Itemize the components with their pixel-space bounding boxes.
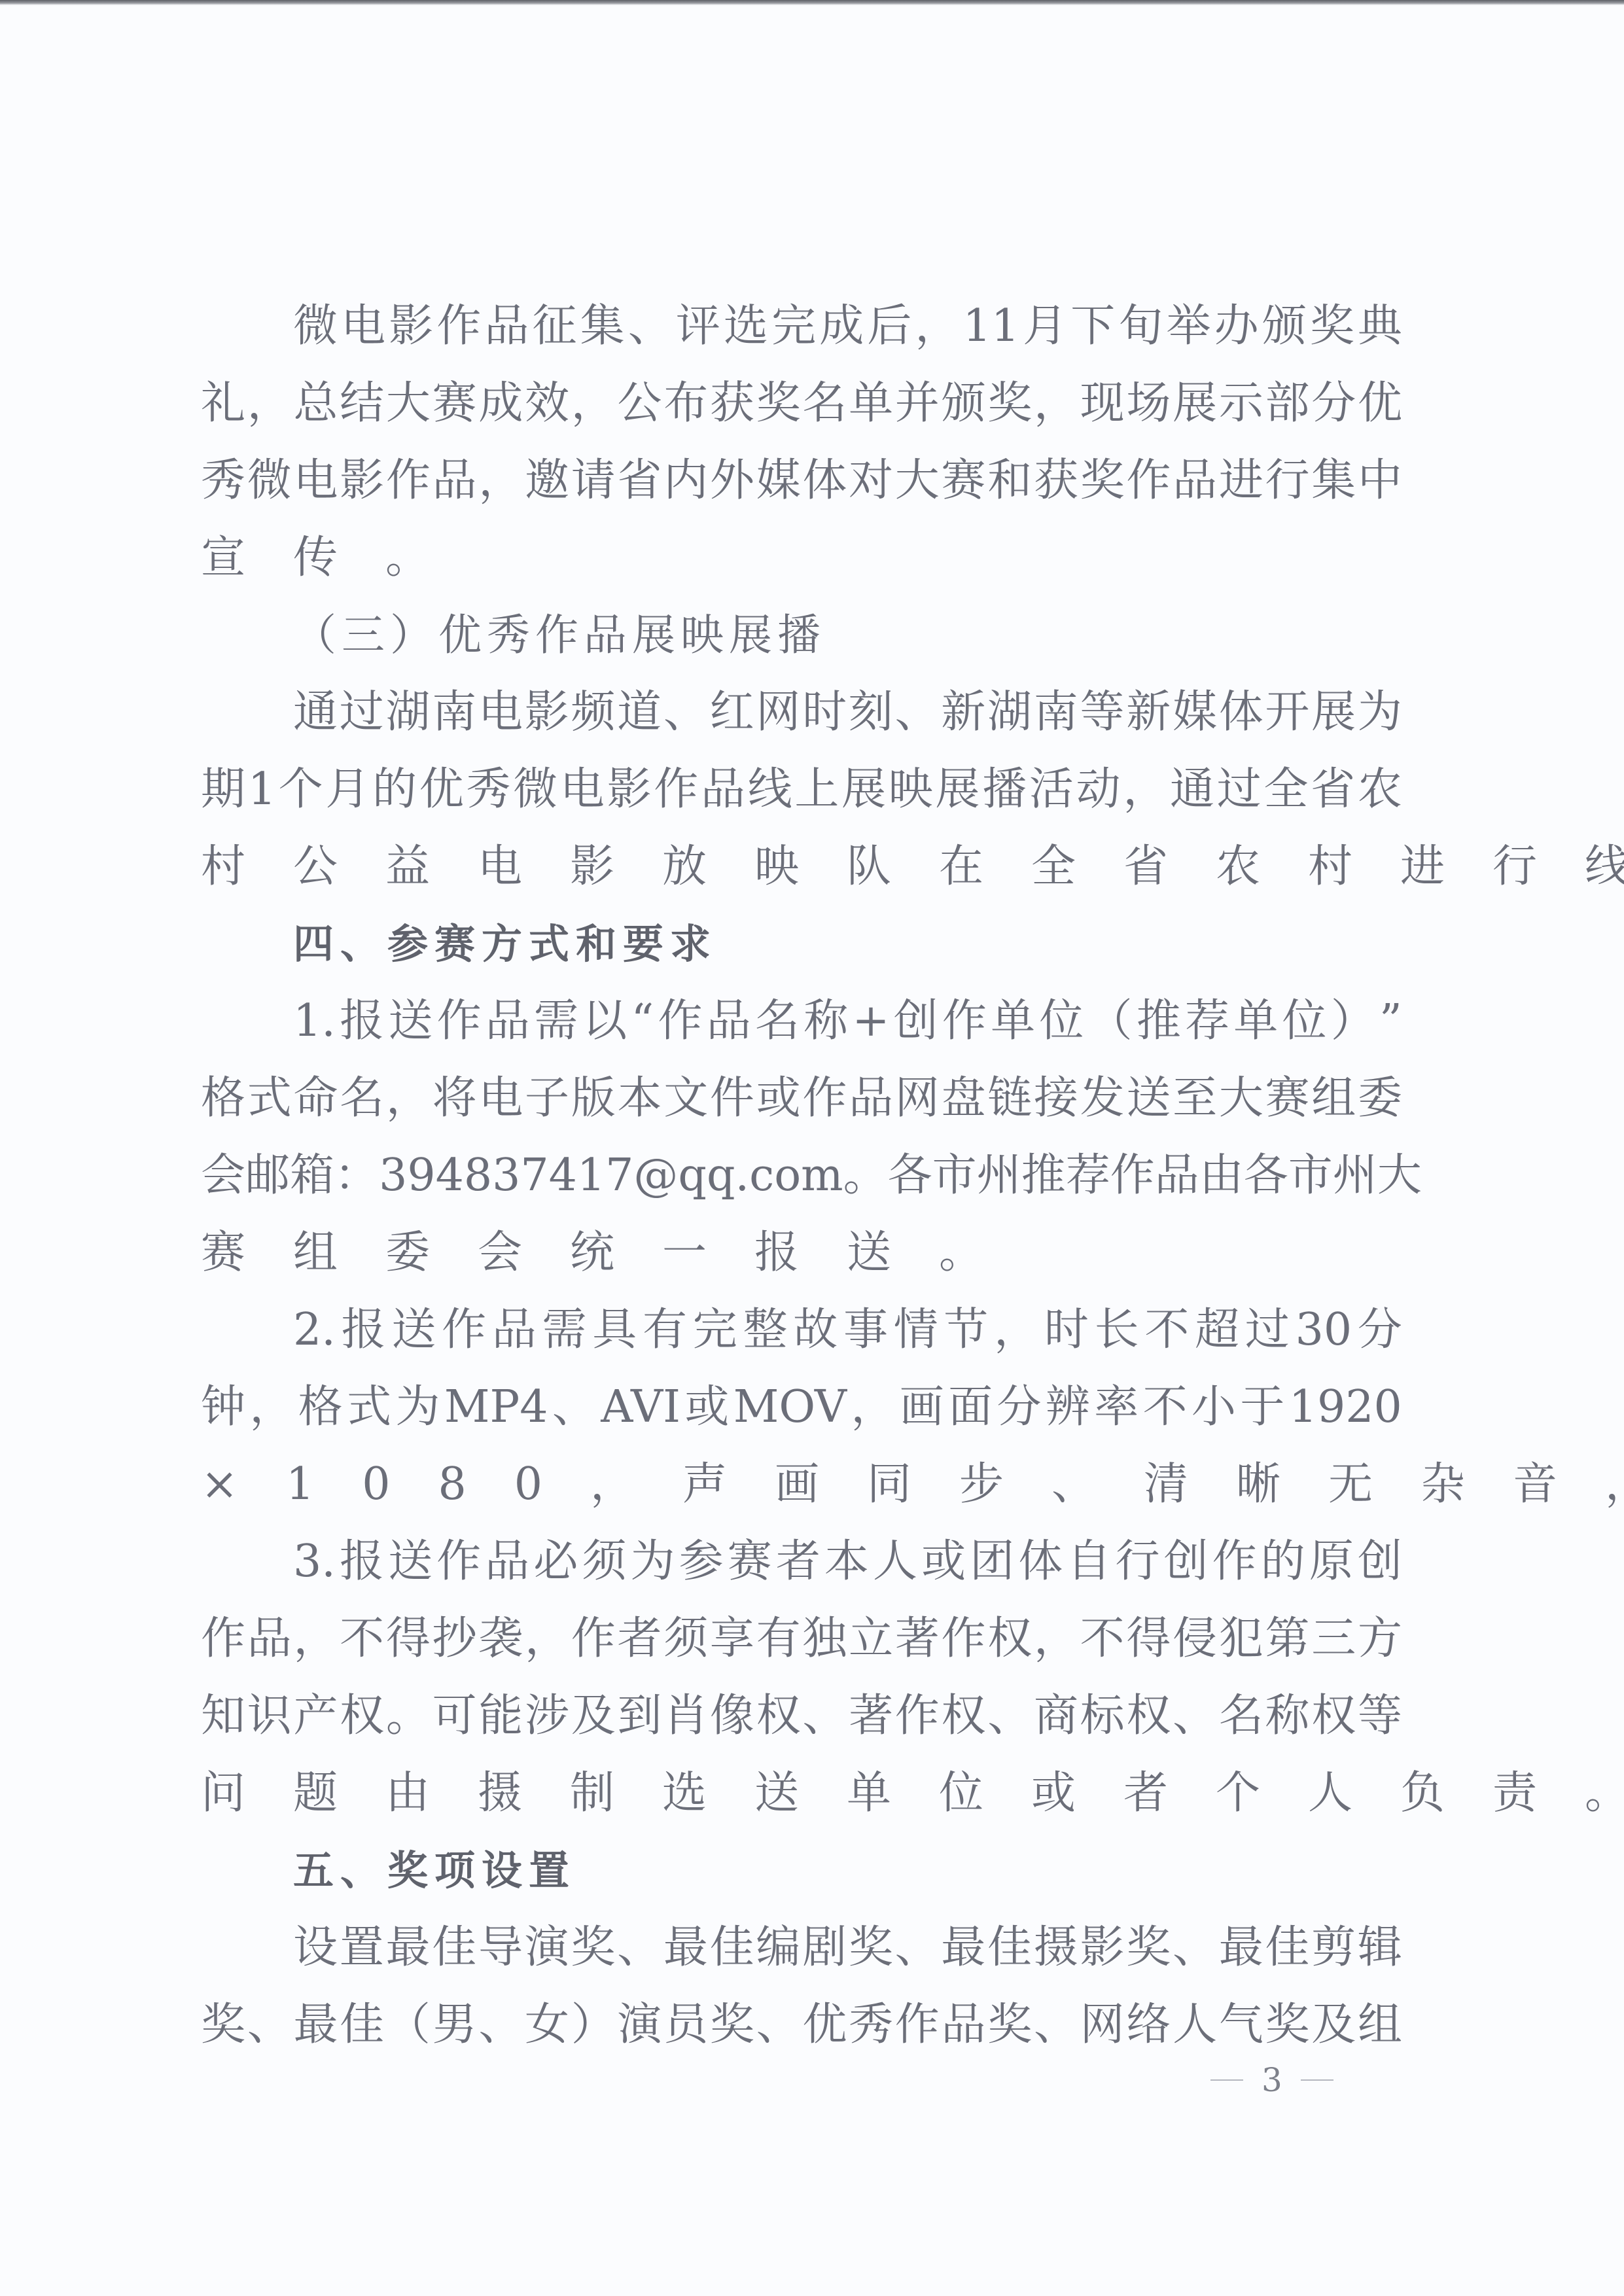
text-line: 微电影作品征集、评选完成后，11月下旬举办颁奖典 <box>201 288 1402 365</box>
paragraph-requirement-3: 3.报送作品必须为参赛者本人或团体自行创作的原创 作品，不得抄袭，作者须享有独立… <box>201 1523 1402 1832</box>
text-line: 3.报送作品必须为参赛者本人或团体自行创作的原创 <box>201 1523 1402 1600</box>
paragraph-awards: 设置最佳导演奖、最佳编剧奖、最佳摄影奖、最佳剪辑 奖、最佳（男、女）演员奖、优秀… <box>201 1909 1402 2064</box>
text-line: 秀微电影作品，邀请省内外媒体对大赛和获奖作品进行集中 <box>201 442 1402 520</box>
page-footer: 3 <box>1210 2061 1333 2099</box>
heading-section-five: 五、奖项设置 <box>201 1832 1402 1909</box>
subheading-screening: （三）优秀作品展映展播 <box>201 597 1402 674</box>
text-line: 知识产权。可能涉及到肖像权、著作权、商标权、名称权等 <box>201 1678 1402 1755</box>
text-line: 礼，总结大赛成效，公布获奖名单并颁奖，现场展示部分优 <box>201 365 1402 442</box>
page-number: 3 <box>1262 2061 1282 2099</box>
paragraph-award-ceremony: 微电影作品征集、评选完成后，11月下旬举办颁奖典 礼，总结大赛成效，公布获奖名单… <box>201 288 1402 597</box>
text-line: 钟，格式为MP4、AVI或MOV，画面分辨率不小于1920 <box>201 1369 1402 1446</box>
paragraph-screening: 通过湖南电影频道、红网时刻、新湖南等新媒体开展为 期1个月的优秀微电影作品线上展… <box>201 674 1402 906</box>
text-line: 宣传。 <box>201 520 1402 597</box>
document-page: 微电影作品征集、评选完成后，11月下旬举办颁奖典 礼，总结大赛成效，公布获奖名单… <box>201 288 1402 2064</box>
text-line: ×1080，声画同步、清晰无杂音，并设置中文字幕。 <box>201 1446 1402 1523</box>
text-line: 赛组委会统一报送。 <box>201 1214 1402 1292</box>
text-line: 村公益电影放映队在全省农村进行线下展映。 <box>201 828 1402 906</box>
paragraph-requirement-1: 1.报送作品需以“作品名称+创作单位（推荐单位）” 格式命名，将电子版本文件或作… <box>201 983 1402 1292</box>
text-line: 2.报送作品需具有完整故事情节，时长不超过30分 <box>201 1292 1402 1369</box>
text-line: 期1个月的优秀微电影作品线上展映展播活动，通过全省农 <box>201 751 1402 828</box>
page-number-dash-left <box>1210 2079 1243 2081</box>
paragraph-requirement-2: 2.报送作品需具有完整故事情节，时长不超过30分 钟，格式为MP4、AVI或MO… <box>201 1292 1402 1523</box>
text-line: 设置最佳导演奖、最佳编剧奖、最佳摄影奖、最佳剪辑 <box>201 1909 1402 1987</box>
text-line: 格式命名，将电子版本文件或作品网盘链接发送至大赛组委 <box>201 1060 1402 1137</box>
heading-section-four: 四、参赛方式和要求 <box>201 906 1402 983</box>
scan-top-edge <box>0 0 1624 5</box>
text-line: 通过湖南电影频道、红网时刻、新湖南等新媒体开展为 <box>201 674 1402 751</box>
page-number-dash-right <box>1301 2079 1333 2081</box>
text-line: 作品，不得抄袭，作者须享有独立著作权，不得侵犯第三方 <box>201 1600 1402 1678</box>
text-line: 奖、最佳（男、女）演员奖、优秀作品奖、网络人气奖及组 <box>201 1987 1402 2064</box>
text-line: 问题由摄制选送单位或者个人负责。 <box>201 1755 1402 1832</box>
text-line: 1.报送作品需以“作品名称+创作单位（推荐单位）” <box>201 983 1402 1060</box>
text-line-email: 会邮箱：394837417@qq.com。各市州推荐作品由各市州大 <box>201 1137 1402 1214</box>
